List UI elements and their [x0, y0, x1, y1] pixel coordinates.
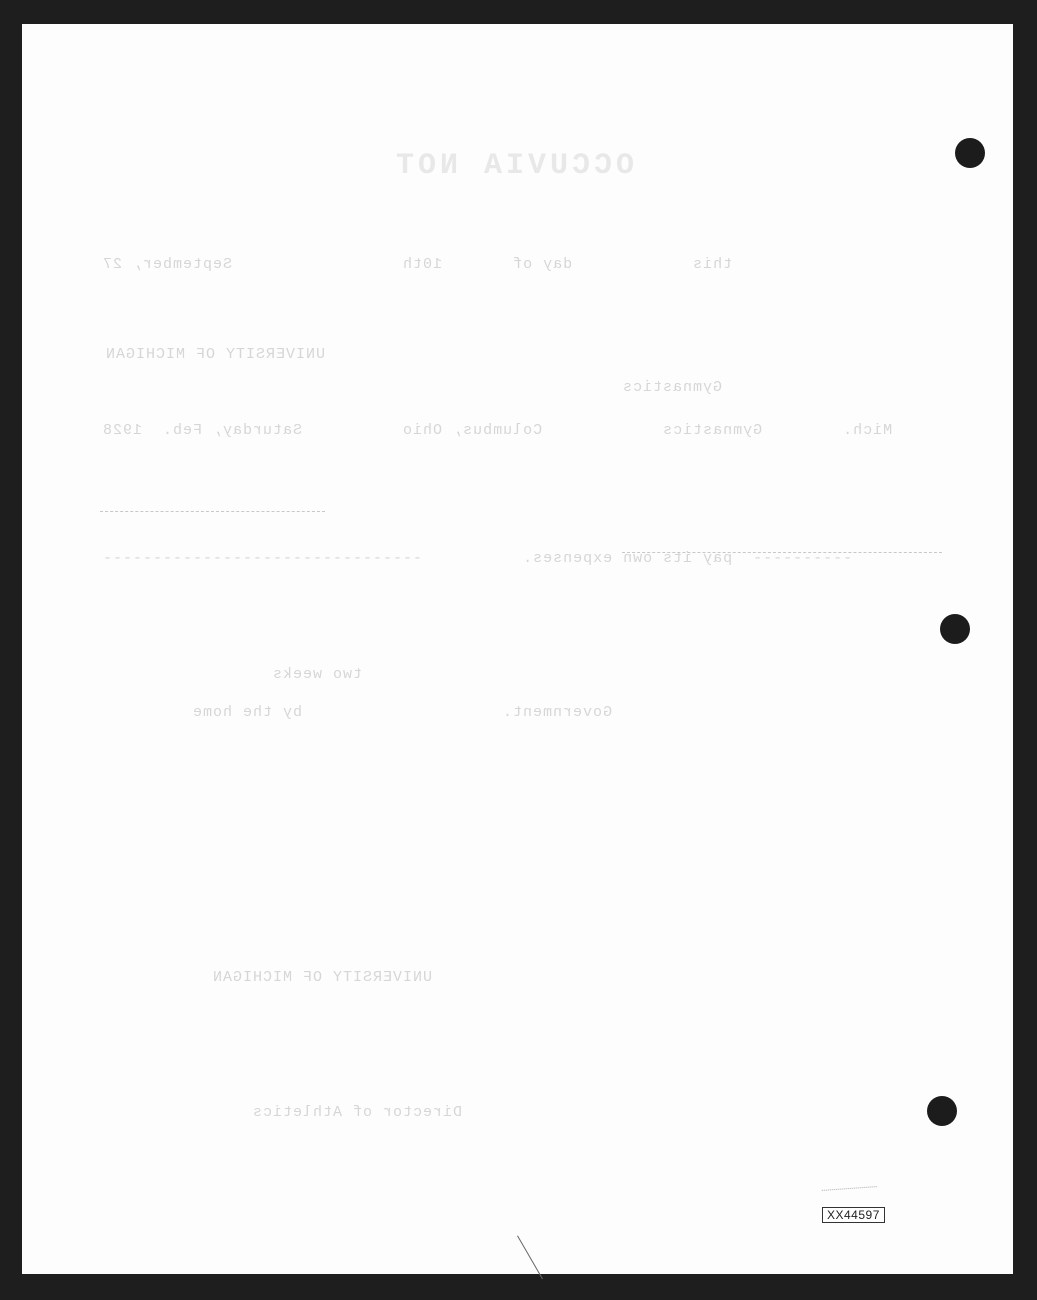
bleed-line: this day of 10th September, 27: [102, 256, 732, 273]
bleed-line: Government. by the home: [192, 704, 612, 721]
signature-line: [100, 511, 325, 512]
bleed-line: UNIVERSITY OF MICHIGAN: [105, 346, 325, 363]
punch-hole: [940, 614, 970, 644]
bleed-title: OCCUVIA NOT: [392, 149, 634, 183]
signature-line: [622, 552, 942, 553]
punch-hole: [927, 1096, 957, 1126]
handwritten-mark: [822, 1186, 877, 1199]
punch-hole: [955, 138, 985, 168]
archive-stamp: XX44597: [822, 1207, 885, 1223]
document-page: OCCUVIA NOT this day of 10th September, …: [22, 24, 1013, 1274]
bleed-line: UNIVERSITY OF MICHIGAN: [212, 969, 432, 986]
bleed-line: Director of Athletics: [252, 1104, 462, 1121]
bleed-line: Mich. Gymnastics Columbus, Ohio Saturday…: [102, 422, 892, 439]
bleed-line: two weeks: [272, 666, 362, 683]
bleed-line: Gymnastics: [622, 379, 722, 396]
pencil-mark: [517, 1235, 543, 1279]
